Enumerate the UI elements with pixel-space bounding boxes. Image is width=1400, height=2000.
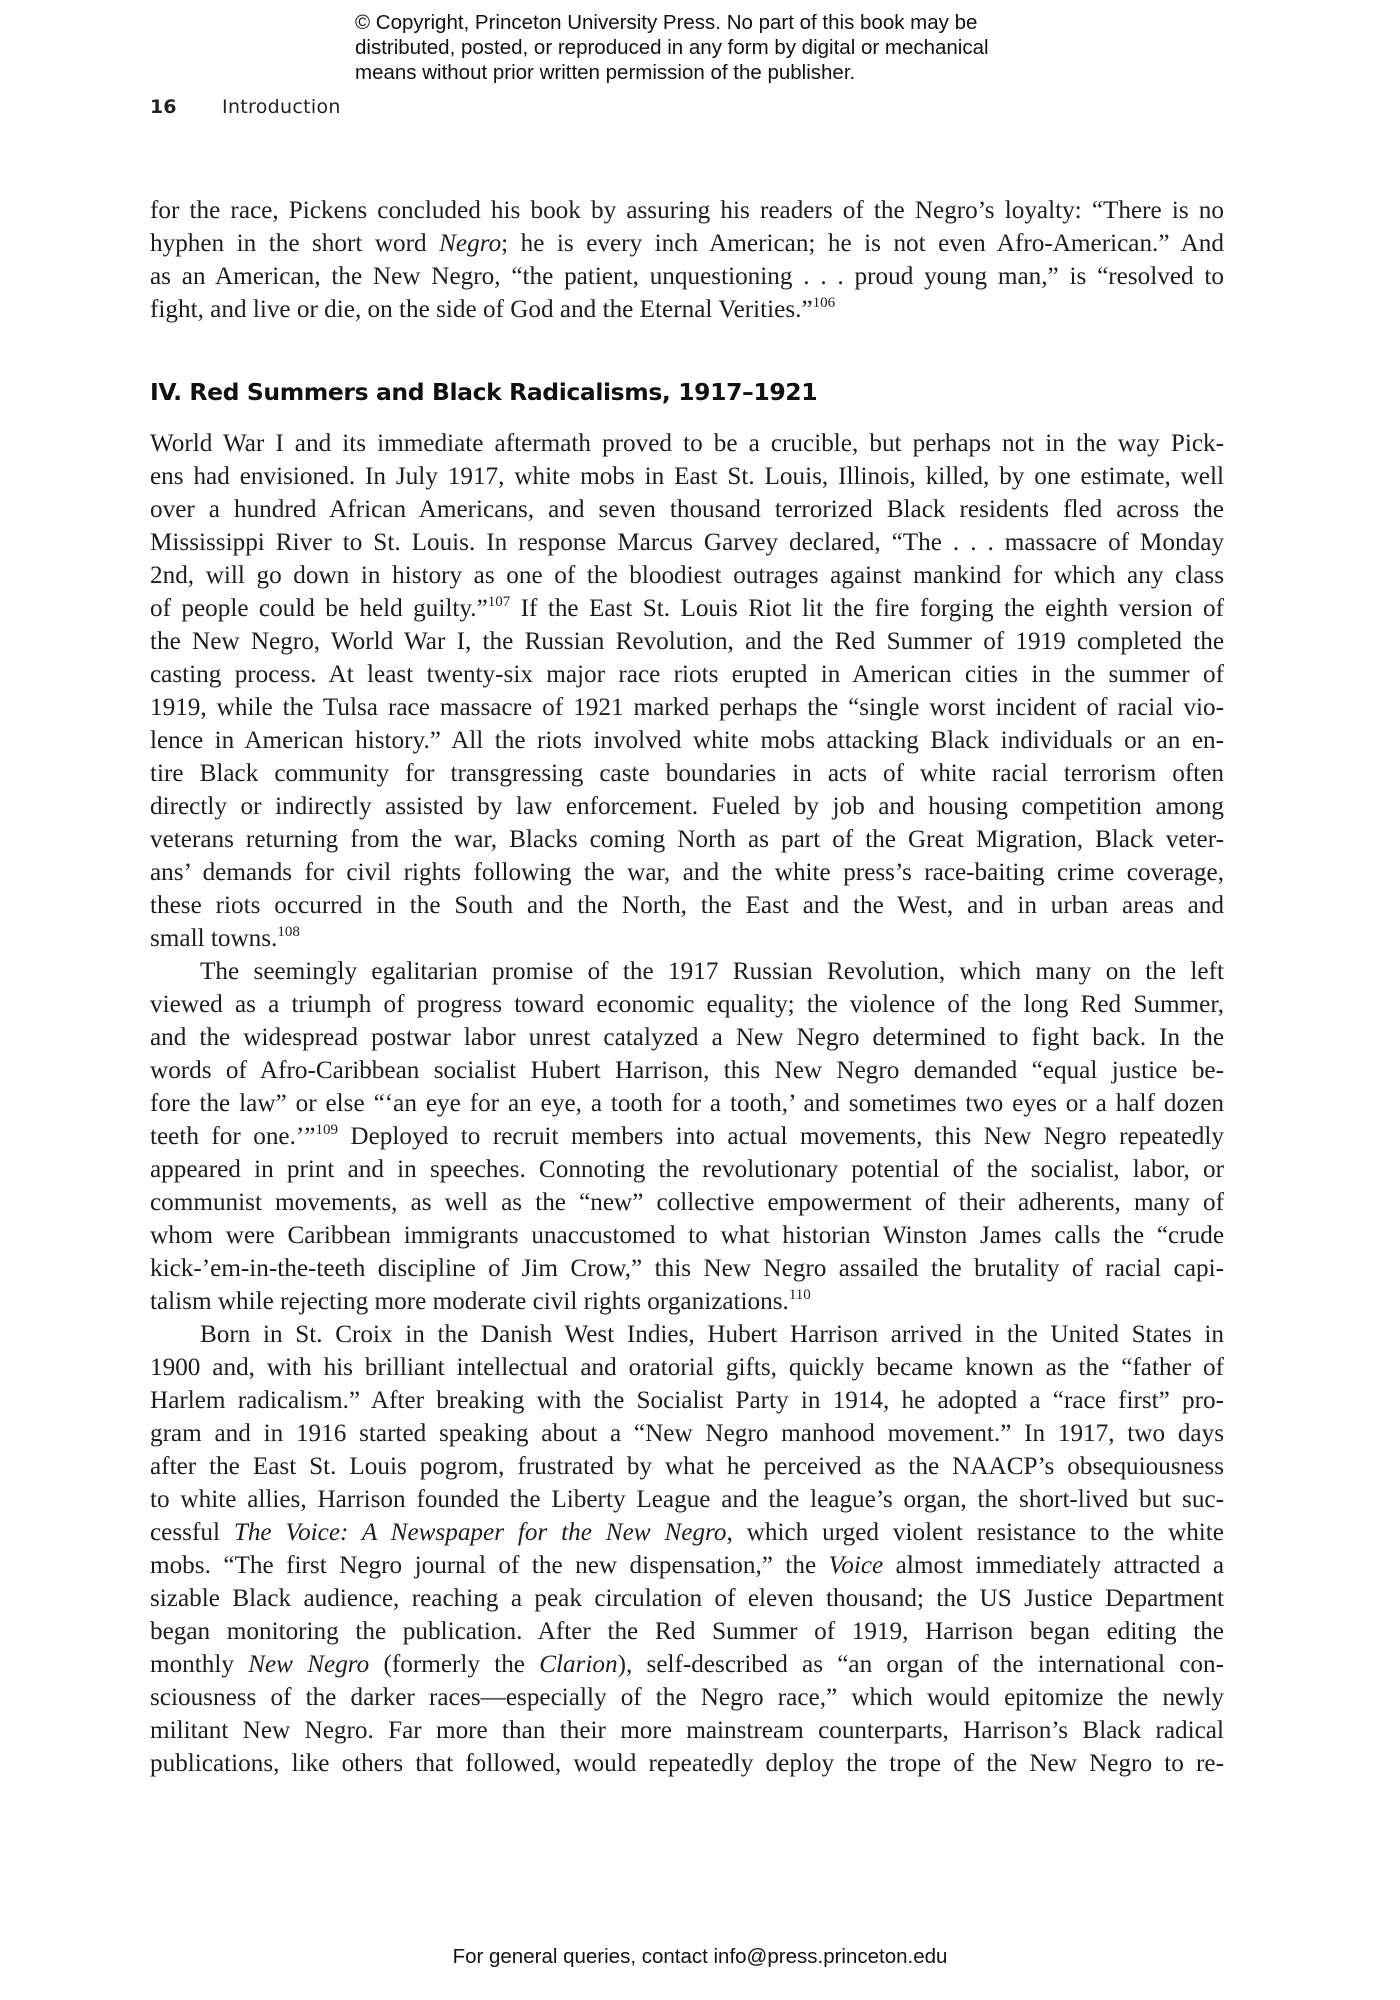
italic-title: New Negro: [248, 1651, 369, 1678]
copyright-line: distributed, posted, or reproduced in an…: [355, 35, 1075, 60]
copyright-line: means without prior written permission o…: [355, 60, 1075, 85]
text-line: hyphen in the short word Negro; he is ev…: [150, 227, 1224, 260]
text-line: 1919, while the Tulsa race massacre of 1…: [150, 691, 1224, 724]
running-head: 16 Introduction: [150, 96, 341, 118]
footnote-ref[interactable]: 107: [488, 594, 511, 610]
text-line: Mississippi River to St. Louis. In respo…: [150, 526, 1224, 559]
text-line: ans’ demands for civil rights following …: [150, 856, 1224, 889]
text-line: publications, like others that followed,…: [150, 1747, 1224, 1780]
text-line: Born in St. Croix in the Danish West Ind…: [150, 1318, 1224, 1351]
footnote-ref[interactable]: 109: [315, 1122, 338, 1138]
text-line: talism while rejecting more moderate civ…: [150, 1285, 1224, 1318]
text-line: gram and in 1916 started speaking about …: [150, 1417, 1224, 1450]
text-line: sciousness of the darker races—especiall…: [150, 1681, 1224, 1714]
text-line: mobs. “The first Negro journal of the ne…: [150, 1549, 1224, 1582]
text-line: viewed as a triumph of progress toward e…: [150, 988, 1224, 1021]
text-line: 1900 and, with his brilliant intellectua…: [150, 1351, 1224, 1384]
text-line: fight, and live or die, on the side of G…: [150, 293, 1224, 326]
text-line: over a hundred African Americans, and se…: [150, 493, 1224, 526]
section-heading: IV. Red Summers and Black Radicalisms, 1…: [150, 378, 817, 406]
text-line: Harlem radicalism.” After breaking with …: [150, 1384, 1224, 1417]
section-title: Introduction: [222, 96, 341, 118]
text-line: these riots occurred in the South and th…: [150, 889, 1224, 922]
text-line: for the race, Pickens concluded his book…: [150, 194, 1224, 227]
italic-title: Voice: [829, 1552, 884, 1579]
text-line: began monitoring the publication. After …: [150, 1615, 1224, 1648]
italic-title: The Voice: A Newspaper for the New Negro: [234, 1519, 727, 1546]
text-line: words of Afro-Caribbean socialist Hubert…: [150, 1054, 1224, 1087]
footnote-ref[interactable]: 106: [813, 295, 836, 311]
text-line: teeth for one.’”109 Deployed to recruit …: [150, 1120, 1224, 1153]
text-line: kick-’em-in-the-teeth discipline of Jim …: [150, 1252, 1224, 1285]
text-line: veterans returning from the war, Blacks …: [150, 823, 1224, 856]
text-line: to white allies, Harrison founded the Li…: [150, 1483, 1224, 1516]
text-line: directly or indirectly assisted by law e…: [150, 790, 1224, 823]
text-line: whom were Caribbean immigrants unaccusto…: [150, 1219, 1224, 1252]
text-line: lence in American history.” All the riot…: [150, 724, 1224, 757]
text-line: after the East St. Louis pogrom, frustra…: [150, 1450, 1224, 1483]
text-line: small towns.108: [150, 922, 1224, 955]
italic-title: Clarion: [539, 1651, 617, 1678]
text-line: ens had envisioned. In July 1917, white …: [150, 460, 1224, 493]
italic-term: Negro: [439, 230, 501, 257]
text-line: World War I and its immediate aftermath …: [150, 427, 1224, 460]
text-line: communist movements, as well as the “new…: [150, 1186, 1224, 1219]
footnote-ref[interactable]: 110: [789, 1287, 811, 1303]
footnote-ref[interactable]: 108: [277, 924, 300, 940]
text-line: the New Negro, World War I, the Russian …: [150, 625, 1224, 658]
text-line: of people could be held guilty.”107 If t…: [150, 592, 1224, 625]
text-line: 2nd, will go down in history as one of t…: [150, 559, 1224, 592]
text-line: sizable Black audience, reaching a peak …: [150, 1582, 1224, 1615]
text-line: as an American, the New Negro, “the pati…: [150, 260, 1224, 293]
text-line: cessful The Voice: A Newspaper for the N…: [150, 1516, 1224, 1549]
text-line: tire Black community for transgressing c…: [150, 757, 1224, 790]
text-line: monthly New Negro (formerly the Clarion)…: [150, 1648, 1224, 1681]
text-line: The seemingly egalitarian promise of the…: [150, 955, 1224, 988]
copyright-line: © Copyright, Princeton University Press.…: [355, 10, 1075, 35]
text-line: and the widespread postwar labor unrest …: [150, 1021, 1224, 1054]
text-line: casting process. At least twenty-six maj…: [150, 658, 1224, 691]
copyright-notice: © Copyright, Princeton University Press.…: [355, 10, 1075, 85]
footer-contact: For general queries, contact info@press.…: [0, 1945, 1400, 1969]
page-number: 16: [150, 96, 216, 118]
text-line: fore the law” or else “‘an eye for an ey…: [150, 1087, 1224, 1120]
text-line: militant New Negro. Far more than their …: [150, 1714, 1224, 1747]
text-line: appeared in print and in speeches. Conno…: [150, 1153, 1224, 1186]
